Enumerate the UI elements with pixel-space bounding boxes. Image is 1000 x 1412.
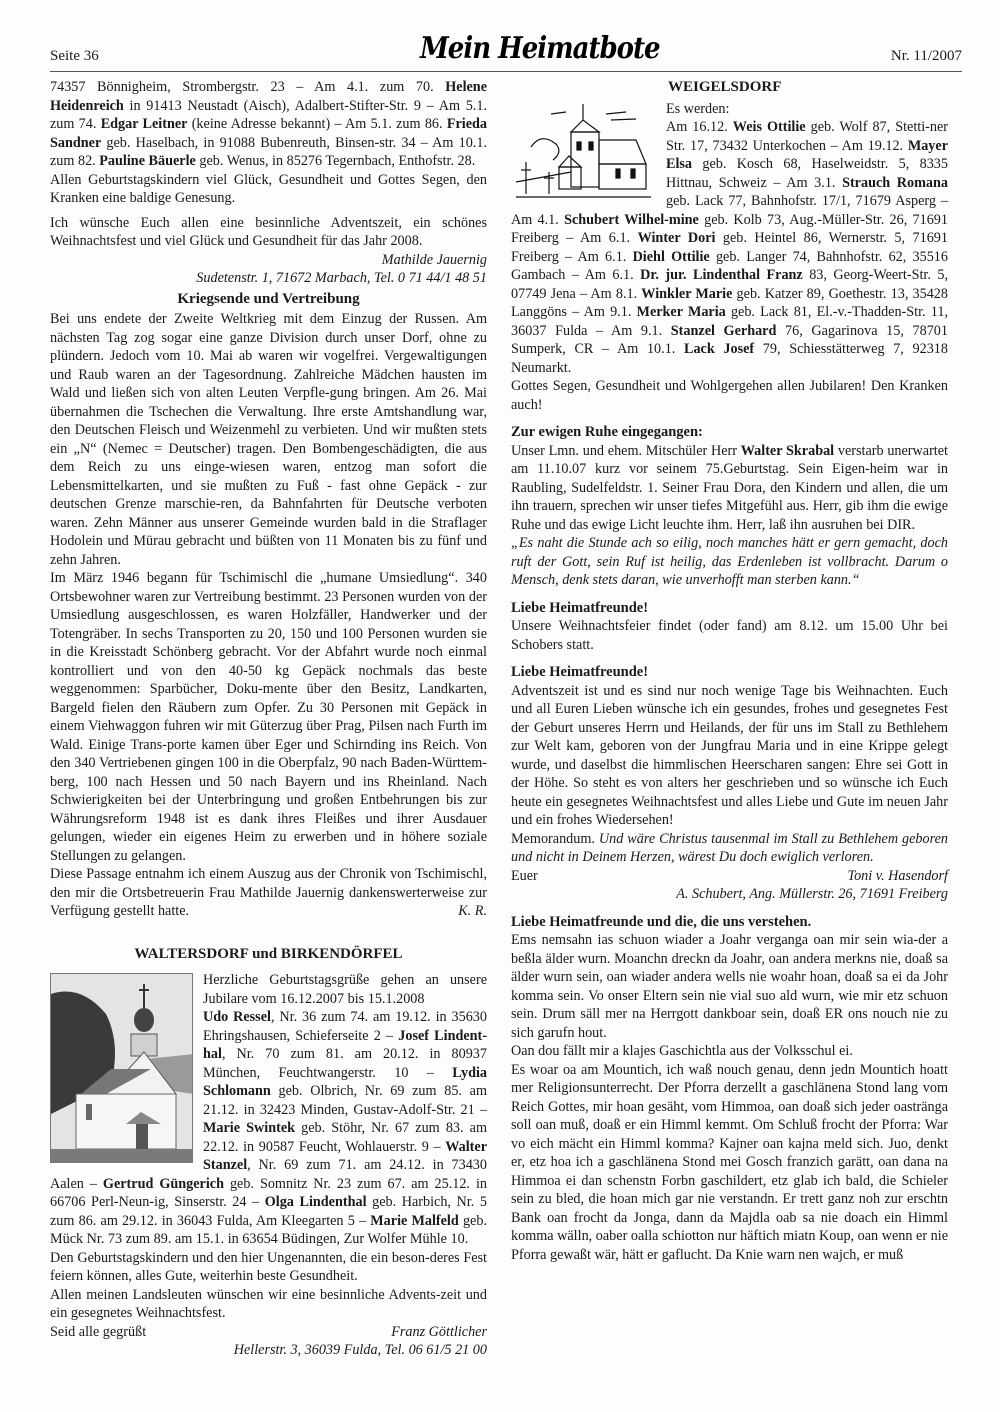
- feier-text: Unsere Weihnachtsfeier findet (oder fand…: [511, 617, 948, 654]
- dialect-paragraph: Es woar oa am Mountich, ich waß nouch ge…: [511, 1061, 948, 1265]
- chapel-photo: [50, 973, 193, 1163]
- left-column: 74357 Bönnigheim, Strombergstr. 23 – Am …: [50, 78, 487, 1360]
- issue-number: Nr. 11/2007: [891, 48, 962, 65]
- feier-heading: Liebe Heimatfreunde!: [511, 599, 948, 618]
- waltersdorf-advent: Allen meinen Landsleuten wünschen wir ei…: [50, 1286, 487, 1323]
- advent-text: Adventszeit ist und es sind nur noch wen…: [511, 682, 948, 830]
- author-initials: K. R.: [458, 902, 487, 921]
- obituary-text: Unser Lmn. und ehem. Mitschüler Herr Wal…: [511, 442, 948, 535]
- advent-signoff: Euer Toni v. Hasendorf: [511, 867, 948, 886]
- article-paragraph: Diese Passage entnahm ich einem Auszug a…: [50, 865, 487, 921]
- wishes-text: Allen Geburtstagskindern viel Glück, Ges…: [50, 171, 487, 208]
- advent-wishes: Ich wünsche Euch allen eine besinnliche …: [50, 214, 487, 251]
- waltersdorf-address: Hellerstr. 3, 36039 Fulda, Tel. 06 61/5 …: [50, 1341, 487, 1360]
- advent-heading: Liebe Heimatfreunde!: [511, 663, 948, 682]
- signature-name: Mathilde Jauernig: [50, 251, 487, 270]
- waltersdorf-wishes: Den Geburtstagskindern und den hier Unge…: [50, 1249, 487, 1286]
- dialect-paragraph: Ems nemsahn ias schuon wiader a Joahr ve…: [511, 931, 948, 1042]
- page-header: Seite 36 Mein Heimatbote Nr. 11/2007: [50, 40, 962, 72]
- obituary-quote: „Es naht die Stunde ach so eilig, noch m…: [511, 534, 948, 590]
- newspaper-page: Seite 36 Mein Heimatbote Nr. 11/2007 743…: [0, 0, 1000, 1412]
- article-title: Kriegsende und Vertreibung: [50, 290, 487, 309]
- memorandum: Memorandum. Und wäre Christus tausenmal …: [511, 830, 948, 867]
- dialect-paragraph: Oan dou fällt mir a klajes Gaschichtla a…: [511, 1042, 948, 1061]
- weigelsdorf-closing: Gottes Segen, Gesundheit und Wohlgergehe…: [511, 377, 948, 414]
- advent-address: A. Schubert, Ang. Müllerstr. 26, 71691 F…: [511, 885, 948, 904]
- waltersdorf-signoff: Seid alle gegrüßt Franz Göttlicher: [50, 1323, 487, 1342]
- obituary-heading: Zur ewigen Ruhe eingegangen:: [511, 423, 948, 442]
- signature-address: Sudetenstr. 1, 71672 Marbach, Tel. 0 71 …: [50, 269, 487, 288]
- masthead-logo: Mein Heimatbote: [420, 32, 660, 67]
- section-title-weigelsdorf: WEIGELSDORF: [511, 78, 948, 97]
- right-column: WEIGELSDORF: [511, 78, 948, 1264]
- article-paragraph: Im März 1946 begann für Tschimischl die …: [50, 569, 487, 865]
- section-title-waltersdorf: WALTERSDORF und BIRKENDÖRFEL: [50, 945, 487, 964]
- page-number: Seite 36: [50, 48, 99, 65]
- birthday-list-continued: 74357 Bönnigheim, Strombergstr. 23 – Am …: [50, 78, 487, 171]
- article-paragraph: Bei uns endete der Zweite Weltkrieg mit …: [50, 310, 487, 569]
- dialect-heading: Liebe Heimatfreunde und die, die uns ver…: [511, 913, 948, 932]
- church-drawing: [511, 102, 656, 200]
